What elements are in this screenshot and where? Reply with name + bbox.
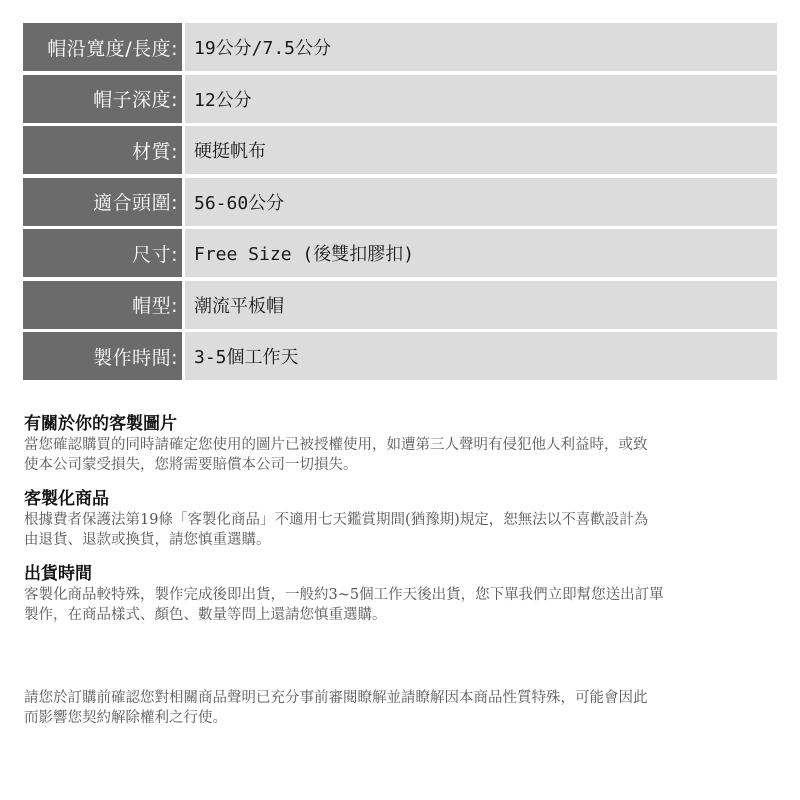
note-custom-image: 有關於你的客製圖片 當您確認購買的同時請確定您使用的圖片已被授權使用，如遭第三人… xyxy=(24,413,764,475)
spec-row-production-time: 製作時間: 3-5個工作天 xyxy=(23,332,777,380)
note-line: 當您確認購買的同時請確定您使用的圖片已被授權使用，如遭第三人聲明有侵犯他人利益時… xyxy=(24,435,764,455)
note-line: 使本公司蒙受損失，您將需要賠償本公司一切損失。 xyxy=(24,455,764,475)
note-title: 客製化商品 xyxy=(24,488,764,510)
spec-row-style: 帽型: 潮流平板帽 xyxy=(23,281,777,329)
disclaimer-line: 而影響您契約解除權利之行使。 xyxy=(24,708,764,728)
spec-label: 適合頭圍: xyxy=(23,178,182,226)
spec-value: 潮流平板帽 xyxy=(185,281,777,329)
spec-label: 尺寸: xyxy=(23,229,182,277)
disclaimer: 請您於訂購前確認您對相關商品聲明已充分事前審閱瞭解並請瞭解因本商品性質特殊，可能… xyxy=(24,688,764,728)
spec-label: 帽型: xyxy=(23,281,182,329)
spec-label: 帽沿寬度/長度: xyxy=(23,23,182,71)
spec-row-depth: 帽子深度: 12公分 xyxy=(23,75,777,123)
note-line: 由退貨、退款或換貨，請您慎重選購。 xyxy=(24,530,764,550)
spec-table: 帽沿寬度/長度: 19公分/7.5公分 帽子深度: 12公分 材質: 硬挺帆布 … xyxy=(23,23,777,384)
spec-row-material: 材質: 硬挺帆布 xyxy=(23,126,777,174)
spec-value: 3-5個工作天 xyxy=(185,332,777,380)
disclaimer-line: 請您於訂購前確認您對相關商品聲明已充分事前審閱瞭解並請瞭解因本商品性質特殊，可能… xyxy=(24,688,764,708)
note-body: 根據費者保護法第19條「客製化商品」不適用七天鑑賞期間(猶豫期)規定，恕無法以不… xyxy=(24,510,764,550)
note-custom-product: 客製化商品 根據費者保護法第19條「客製化商品」不適用七天鑑賞期間(猶豫期)規定… xyxy=(24,488,764,550)
spec-label: 帽子深度: xyxy=(23,75,182,123)
spec-value: 56-60公分 xyxy=(185,178,777,226)
spec-value: 硬挺帆布 xyxy=(185,126,777,174)
note-body: 當您確認購買的同時請確定您使用的圖片已被授權使用，如遭第三人聲明有侵犯他人利益時… xyxy=(24,435,764,475)
note-line: 根據費者保護法第19條「客製化商品」不適用七天鑑賞期間(猶豫期)規定，恕無法以不… xyxy=(24,510,764,530)
spec-label: 材質: xyxy=(23,126,182,174)
spec-row-size: 尺寸: Free Size (後雙扣膠扣) xyxy=(23,229,777,277)
note-title: 有關於你的客製圖片 xyxy=(24,413,764,435)
note-line: 製作，在商品樣式、顏色、數量等問上還請您慎重選購。 xyxy=(24,605,764,625)
spec-label: 製作時間: xyxy=(23,332,182,380)
notes-section: 有關於你的客製圖片 當您確認購買的同時請確定您使用的圖片已被授權使用，如遭第三人… xyxy=(24,413,764,638)
note-body: 客製化商品較特殊，製作完成後即出貨，一般約3~5個工作天後出貨，您下單我們立即幫… xyxy=(24,585,764,625)
note-line: 客製化商品較特殊，製作完成後即出貨，一般約3~5個工作天後出貨，您下單我們立即幫… xyxy=(24,585,764,605)
spec-row-brim: 帽沿寬度/長度: 19公分/7.5公分 xyxy=(23,23,777,71)
spec-value: 19公分/7.5公分 xyxy=(185,23,777,71)
spec-row-head-size: 適合頭圍: 56-60公分 xyxy=(23,178,777,226)
spec-value: 12公分 xyxy=(185,75,777,123)
note-shipping-time: 出貨時間 客製化商品較特殊，製作完成後即出貨，一般約3~5個工作天後出貨，您下單… xyxy=(24,563,764,625)
spec-value: Free Size (後雙扣膠扣) xyxy=(185,229,777,277)
note-title: 出貨時間 xyxy=(24,563,764,585)
